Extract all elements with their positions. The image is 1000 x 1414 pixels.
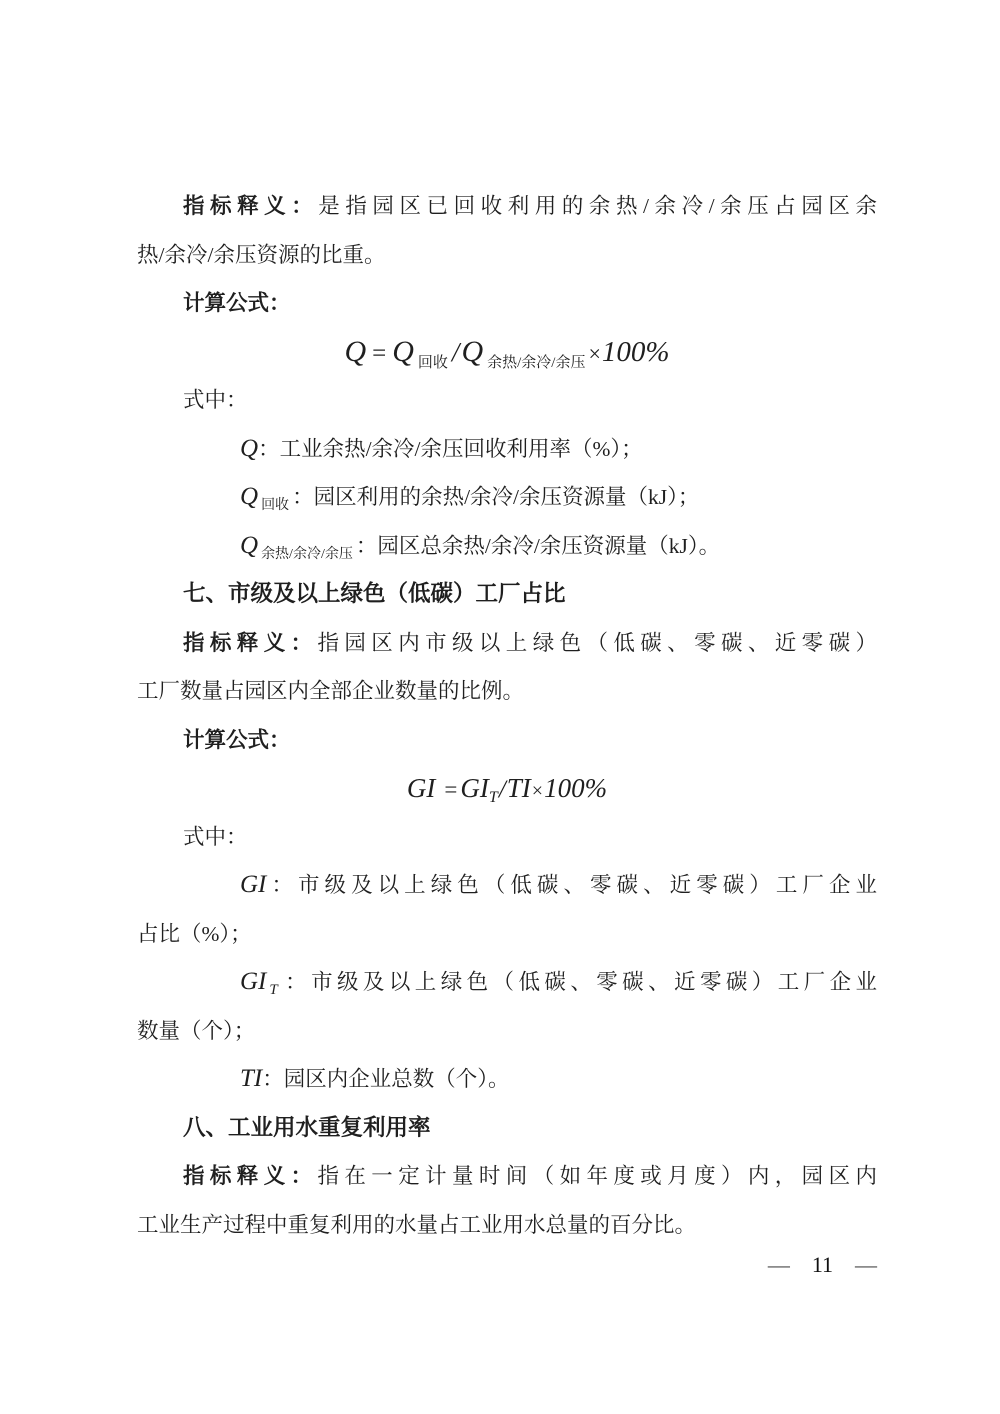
term-subscript-recovered: 回收	[261, 498, 289, 513]
term-subscript-total: 余热/余冷/余压	[261, 547, 353, 562]
multiply-sign: ×	[532, 780, 543, 802]
water-definition-line2: 工业生产过程中重复利用的水量占工业用水总量的百分比。	[137, 1201, 877, 1250]
factory-formula: GI=GIT/TI×100%	[137, 764, 877, 813]
formula-var-gi: GI	[407, 773, 436, 803]
definition-text: 是指园区已回收利用的余热/余冷/余压占园区余	[318, 194, 877, 218]
section-heading-water: 八、工业用水重复利用率	[137, 1104, 877, 1153]
formula-label: 计算公式：	[183, 291, 291, 315]
subscript-total-heat: 余热/余冷/余压	[487, 355, 585, 371]
factory-term-ti: TI：园区内企业总数（个）。	[137, 1055, 877, 1104]
water-definition-line1: 指标释义：指在一定计量时间（如年度或月度）内，园区内	[137, 1152, 877, 1201]
subscript-t: T	[489, 789, 498, 806]
term-desc: ：工业余热/余冷/余压回收利用率（%）；	[258, 437, 643, 461]
factory-term-git-line2: 数量（个）；	[137, 1007, 877, 1056]
heat-term-q: Q：工业余热/余冷/余压回收利用率（%）；	[137, 425, 877, 474]
definition-label: 指标释义：	[183, 1164, 318, 1188]
term-subscript-t: T	[269, 982, 277, 998]
factory-term-gi-line1: GI：市级及以上绿色（低碳、零碳、近零碳）工厂企业	[137, 861, 877, 910]
heat-formula-label-line: 计算公式：	[137, 279, 877, 328]
formula-var-q-total: Q	[461, 335, 483, 368]
term-symbol-q-recovered: Q	[240, 483, 258, 510]
definition-label: 指标释义：	[183, 194, 318, 218]
equals-sign: =	[444, 777, 457, 802]
hundred-percent: 100%	[602, 336, 670, 368]
footer-dash-left: —	[768, 1252, 790, 1277]
term-symbol-q: Q	[240, 435, 258, 462]
page-number: 11	[812, 1252, 833, 1277]
term-symbol-git: GI	[240, 968, 266, 995]
hundred-percent: 100%	[544, 773, 607, 803]
factory-term-gi-line2: 占比（%）；	[137, 910, 877, 959]
page-body: 指标释义：是指园区已回收利用的余热/余冷/余压占园区余 热/余冷/余压资源的比重…	[137, 182, 877, 1249]
formula-var-q: Q	[344, 335, 366, 368]
definition-label: 指标释义：	[183, 631, 318, 655]
definition-text: 指园区内市级以上绿色（低碳、零碳、近零碳）	[318, 631, 877, 655]
footer-dash-right: —	[855, 1252, 877, 1277]
subscript-recovered: 回收	[418, 355, 448, 371]
term-symbol-ti: TI	[240, 1065, 262, 1092]
term-symbol-q-total: Q	[240, 532, 258, 559]
factory-term-git-line1: GIT：市级及以上绿色（低碳、零碳、近零碳）工厂企业	[137, 958, 877, 1007]
divide-sign: /	[452, 337, 460, 367]
formula-var-git: GI	[460, 773, 489, 803]
formula-var-ti: TI	[507, 773, 531, 803]
term-desc: ：园区内企业总数（个）。	[262, 1067, 509, 1091]
term-desc: ：园区利用的余热/余冷/余压资源量（kJ）；	[292, 485, 699, 509]
factory-formula-label-line: 计算公式：	[137, 716, 877, 765]
document-page: 指标释义：是指园区已回收利用的余热/余冷/余压占园区余 热/余冷/余压资源的比重…	[0, 0, 1000, 1414]
term-desc: ：园区总余热/余冷/余压资源量（kJ）。	[356, 534, 720, 558]
page-footer: —11—	[768, 1248, 877, 1282]
term-desc: ：市级及以上绿色（低碳、零碳、近零碳）工厂企业	[266, 873, 877, 897]
formula-var-q-recovered: Q	[392, 335, 414, 368]
equals-sign: =	[372, 340, 386, 367]
term-symbol-gi: GI	[240, 871, 266, 898]
heat-term-q-recovered: Q回收：园区利用的余热/余冷/余压资源量（kJ）；	[137, 473, 877, 522]
factory-definition-line2: 工厂数量占园区内全部企业数量的比例。	[137, 667, 877, 716]
section-heading-factory: 七、市级及以上绿色（低碳）工厂占比	[137, 570, 877, 619]
term-desc: ：市级及以上绿色（低碳、零碳、近零碳）工厂企业	[281, 970, 877, 994]
divide-sign: /	[499, 776, 506, 803]
heat-formula: Q=Q回收/Q余热/余冷/余压×100%	[137, 328, 877, 377]
formula-label: 计算公式：	[183, 728, 291, 752]
heat-where-label: 式中：	[137, 376, 877, 425]
multiply-sign: ×	[588, 341, 600, 366]
definition-text: 指在一定计量时间（如年度或月度）内，园区内	[318, 1164, 877, 1188]
factory-where-label: 式中：	[137, 813, 877, 862]
heat-definition-line1: 指标释义：是指园区已回收利用的余热/余冷/余压占园区余	[137, 182, 877, 231]
heat-term-q-total: Q余热/余冷/余压：园区总余热/余冷/余压资源量（kJ）。	[137, 522, 877, 571]
factory-definition-line1: 指标释义：指园区内市级以上绿色（低碳、零碳、近零碳）	[137, 619, 877, 668]
heat-definition-line2: 热/余冷/余压资源的比重。	[137, 231, 877, 280]
